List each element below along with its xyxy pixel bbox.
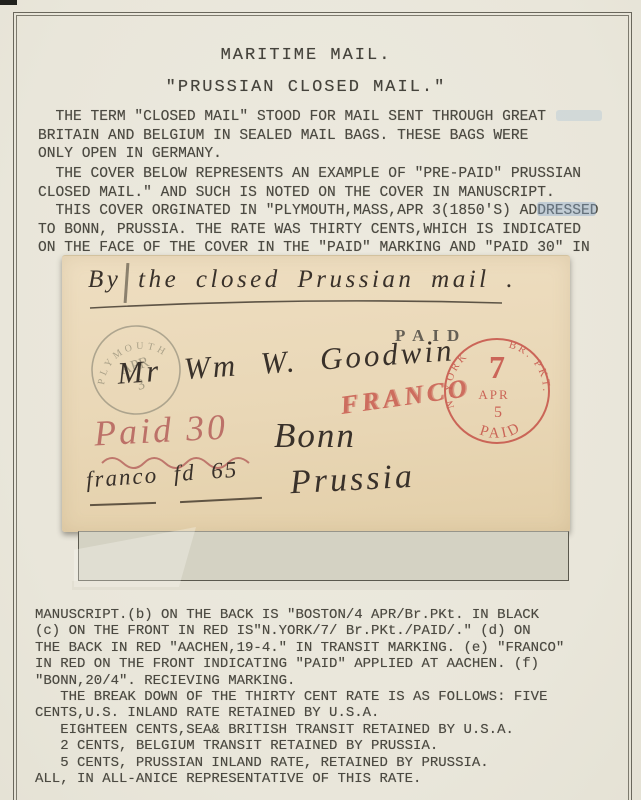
typed-line: 5 CENTS, PRUSSIAN INLAND RATE, RETAINED … xyxy=(35,755,564,771)
markings-paragraph: MANUSCRIPT.(b) ON THE BACK IS "BOSTON/4 … xyxy=(35,607,564,787)
typed-line: THIS COVER ORGINATED IN "PLYMOUTH,MASS,A… xyxy=(38,202,599,221)
ink-smudge xyxy=(537,202,596,216)
typed-line: THE COVER BELOW REPRESENTS AN EXAMPLE OF… xyxy=(38,165,599,184)
page-subtitle: "PRUSSIAN CLOSED MAIL." xyxy=(0,78,612,97)
typed-line: CLOSED MAIL." AND SUCH IS NOTED ON THE C… xyxy=(38,184,599,203)
cover-description-paragraph: THE COVER BELOW REPRESENTS AN EXAMPLE OF… xyxy=(38,165,599,258)
manuscript-endorsement: By the closed Prussian mail . xyxy=(88,266,516,294)
cds-right-arc-text: BR. PKT. xyxy=(507,339,552,394)
typed-line: IN RED ON THE FRONT INDICATING "PAID" AP… xyxy=(35,656,564,672)
postal-cover: By the closed Prussian mail . PLYMOUTH A… xyxy=(62,255,570,532)
cds-day: 5 xyxy=(494,404,502,421)
typed-line: (c) ON THE FRONT IN RED IS"N.YORK/7/ Br.… xyxy=(35,623,564,639)
typed-line: ALL, IN ALL-ANICE REPRESENTATIVE OF THIS… xyxy=(35,771,564,787)
intro-paragraph: THE TERM "CLOSED MAIL" STOOD FOR MAIL SE… xyxy=(38,108,546,164)
typed-line: MANUSCRIPT.(b) ON THE BACK IS "BOSTON/4 … xyxy=(35,607,564,623)
manuscript-destination-city: Bonn xyxy=(274,416,356,456)
ink-smudge xyxy=(556,110,602,121)
scan-artifact-corner xyxy=(0,0,17,5)
typed-line: 2 CENTS, BELGIUM TRANSIT RETAINED BY PRU… xyxy=(35,738,564,754)
typed-line: THE BACK IN RED "AACHEN,19-4." IN TRANSI… xyxy=(35,640,564,656)
svg-text:BR. PKT.: BR. PKT. xyxy=(507,339,552,394)
typed-line: ONLY OPEN IN GERMANY. xyxy=(38,145,546,164)
ink-underline xyxy=(180,497,262,503)
ink-underline xyxy=(90,502,156,506)
typed-line: EIGHTEEN CENTS,SEA& BRITISH TRANSIT RETA… xyxy=(35,722,564,738)
typed-line: THE BREAK DOWN OF THE THIRTY CENT RATE I… xyxy=(35,689,564,705)
typed-line: "BONN,20/4". RECIEVING MARKING. xyxy=(35,673,564,689)
cds-rate-numeral: 7 xyxy=(489,349,505,385)
cds-month: APR xyxy=(478,387,509,402)
typed-line: THE TERM "CLOSED MAIL" STOOD FOR MAIL SE… xyxy=(38,108,546,127)
page-title: MARITIME MAIL. xyxy=(0,46,612,65)
typed-line: BRITAIN AND BELGIUM IN SEALED MAIL BAGS.… xyxy=(38,127,546,146)
typed-line: TO BONN, PRUSSIA. THE RATE WAS THIRTY CE… xyxy=(38,221,599,240)
typed-line: CENTS,U.S. INLAND RATE RETAINED BY U.S.A… xyxy=(35,705,564,721)
manuscript-paid-30: Paid 30 xyxy=(93,406,229,455)
exhibit-page: MARITIME MAIL. "PRUSSIAN CLOSED MAIL." T… xyxy=(0,0,641,800)
manuscript-destination-country: Prussia xyxy=(289,458,416,502)
